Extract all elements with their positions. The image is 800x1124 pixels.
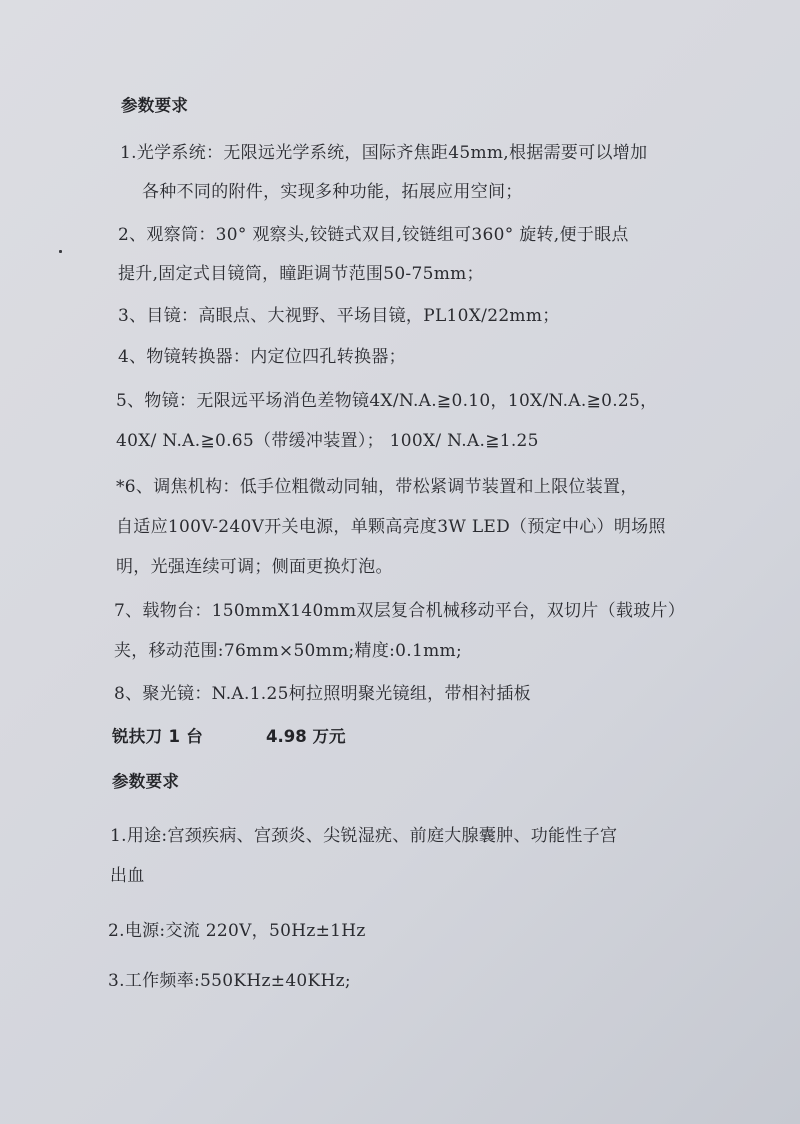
item-title: 锐扶刀 1 台 — [112, 726, 203, 748]
scanned-document-page: 参数要求 1.光学系统：无限远光学系统，国际齐焦距45mm,根据需要可以增加 各… — [0, 0, 800, 1124]
spec-line: 3、目镜：高眼点、大视野、平场目镜，PL10X/22mm； — [118, 305, 560, 327]
spec-line: 4、物镜转换器：内定位四孔转换器； — [118, 346, 406, 368]
spec-line: 3.工作频率:550KHz±40KHz; — [108, 970, 351, 992]
spec-line: 自适应100V-240V开关电源，单颗高亮度3W LED（预定中心）明场照 — [116, 516, 666, 538]
spec-line: 夹，移动范围:76mm×50mm;精度:0.1mm; — [114, 640, 462, 662]
spec-line: 7、载物台：150mmX140mm双层复合机械移动平台，双切片（载玻片） — [114, 600, 685, 622]
spec-line: 各种不同的附件，实现多种功能，拓展应用空间； — [142, 181, 523, 203]
spec-line: 2.电源:交流 220V，50Hz±1Hz — [108, 920, 366, 942]
spec-line: 明，光强连续可调；侧面更换灯泡。 — [116, 556, 393, 578]
scan-speck — [59, 250, 62, 253]
item-price: 4.98 万元 — [266, 726, 345, 748]
spec-line: 1.用途:宫颈疾病、宫颈炎、尖锐湿疣、前庭大腺囊肿、功能性子宫 — [110, 825, 617, 847]
spec-line: 1.光学系统：无限远光学系统，国际齐焦距45mm,根据需要可以增加 — [120, 142, 647, 164]
spec-line: 8、聚光镜：N.A.1.25柯拉照明聚光镜组，带相衬插板 — [114, 683, 531, 705]
spec-line: *6、调焦机构：低手位粗微动同轴，带松紧调节装置和上限位装置， — [116, 476, 638, 498]
spec-line: 出血 — [110, 865, 145, 887]
spec-line: 2、观察筒：30° 观察头,铰链式双目,铰链组可360° 旋转,便于眼点 — [118, 224, 629, 246]
spec-line: 提升,固定式目镜筒，瞳距调节范围50-75mm； — [118, 263, 484, 285]
spec-line: 5、物镜：无限远平场消色差物镜4X/N.A.≧0.10，10X/N.A.≧0.2… — [116, 390, 657, 412]
spec-line: 40X/ N.A.≧0.65（带缓冲装置）； 100X/ N.A.≧1.25 — [116, 430, 539, 452]
section-heading: 参数要求 — [121, 95, 188, 117]
section-heading: 参数要求 — [112, 771, 179, 793]
